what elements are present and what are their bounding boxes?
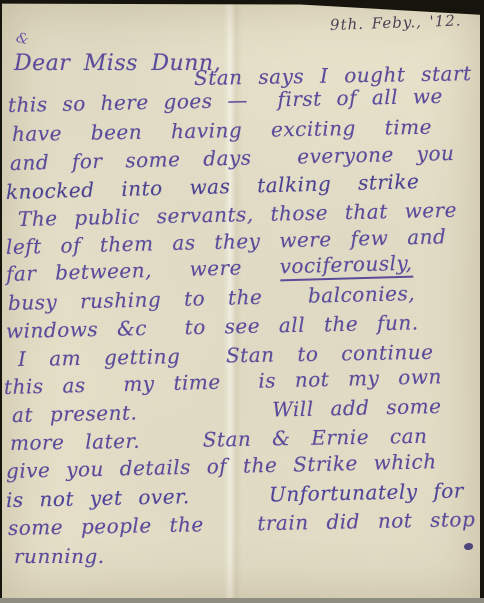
ink-mark-icon: & — [14, 30, 30, 49]
letter-line: knocked into was talking strike — [6, 169, 420, 204]
letter-line: busy rushing to the balconies, — [8, 281, 416, 315]
letter-line: some people the train did not stop — [8, 507, 476, 540]
letter-paper: & 9th. Feby., '12. Dear Miss Dunn, Stan … — [2, 3, 480, 598]
letter-line: running. — [14, 544, 105, 568]
letter-line: have been having exciting time — [12, 115, 432, 146]
letter-salutation: Dear Miss Dunn, — [14, 51, 221, 76]
ink-blot-icon — [464, 543, 473, 550]
scan-edge-bottom — [0, 598, 484, 603]
underlined-word: vociferously, — [279, 251, 413, 282]
letter-line: windows &c to see all the fun. — [6, 310, 419, 343]
letter-line: at present. Will add some — [12, 394, 442, 427]
letter-line-text: far between, were — [6, 254, 280, 286]
letter-date: 9th. Feby., '12. — [330, 11, 462, 34]
letter-scan: & 9th. Feby., '12. Dear Miss Dunn, Stan … — [0, 0, 484, 603]
letter-line: give you details of the Strike which — [6, 449, 437, 483]
letter-line: is not yet over. Unfortunately for — [6, 478, 464, 512]
letter-line: this so here goes — first of all we — [8, 84, 443, 117]
